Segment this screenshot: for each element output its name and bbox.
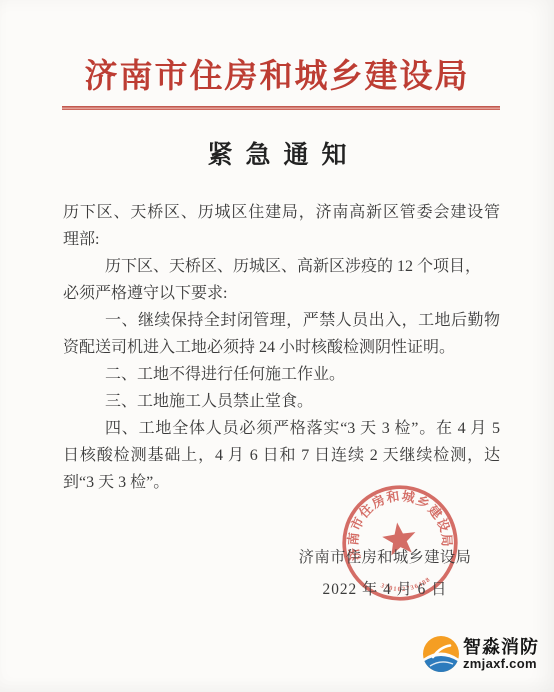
document-header-title: 济南市住房和城乡建设局 — [0, 50, 554, 97]
header-divider-rule — [62, 106, 500, 110]
signature-agency: 济南市住房和城乡建设局 — [294, 545, 476, 567]
body-line: 理部: — [63, 226, 500, 253]
signature-block: 济南市住房和城乡建设局 2022 年 4 月 6 日 — [294, 545, 476, 599]
body-line: 必须严格遵守以下要求: — [63, 280, 500, 307]
notice-body: 历下区、天桥区、历城区住建局，济南高新区管委会建设管理部:历下区、天桥区、历城区… — [63, 199, 500, 496]
body-line: 二、工地不得进行任何施工作业。 — [63, 361, 500, 388]
watermark: 智淼消防 zmjaxf.com — [422, 635, 539, 673]
body-line: 历下区、天桥区、历城区、高新区涉疫的 12 个项目， — [63, 253, 500, 280]
body-line: 一、继续保持全封闭管理，严禁人员出入，工地后勤物 — [63, 307, 500, 334]
body-line: 历下区、天桥区、历城区住建局，济南高新区管委会建设管 — [63, 199, 500, 226]
body-line: 日核酸检测基础上，4 月 6 日和 7 日连续 2 天继续检测，达 — [63, 442, 500, 469]
watermark-brand: 智淼消防 — [463, 638, 539, 656]
signature-date: 2022 年 4 月 6 日 — [294, 577, 476, 599]
body-line: 四、工地全体人员必须严格落实“3 天 3 检”。在 4 月 5 — [63, 415, 500, 442]
zhimiao-logo-icon — [422, 635, 460, 673]
watermark-site: zmjaxf.com — [463, 657, 539, 670]
notice-title: 紧急通知 — [0, 135, 554, 171]
document-page: 济南市住房和城乡建设局 紧急通知 历下区、天桥区、历城区住建局，济南高新区管委会… — [0, 0, 554, 692]
body-line: 三、工地施工人员禁止堂食。 — [63, 388, 500, 415]
body-line: 资配送司机进入工地必须持 24 小时核酸检测阴性证明。 — [63, 334, 500, 361]
